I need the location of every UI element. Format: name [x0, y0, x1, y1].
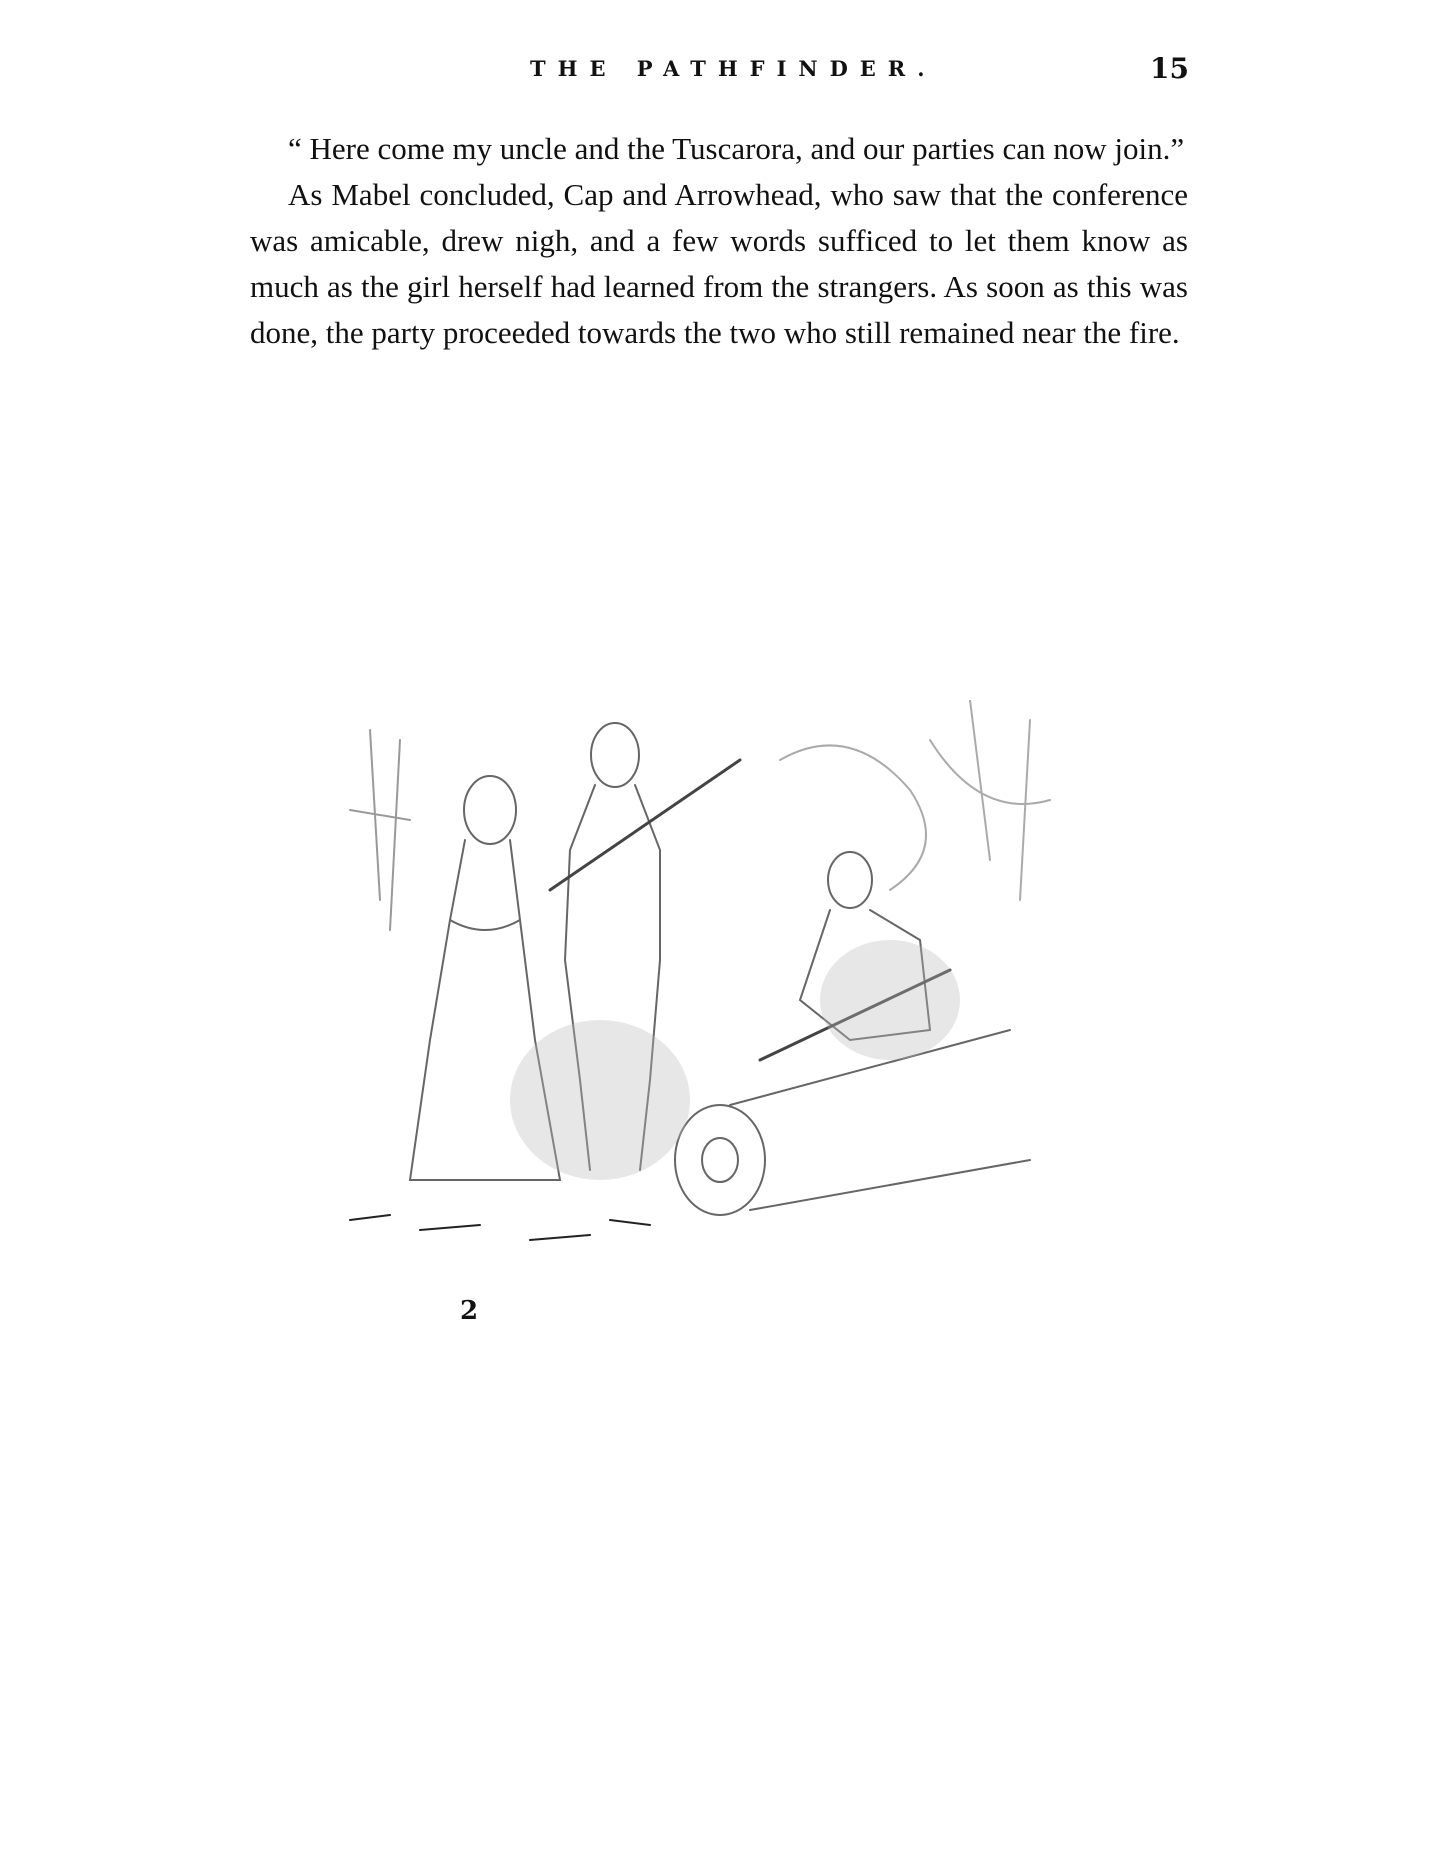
- engraving-illustration: [330, 700, 1110, 1260]
- paragraph-1: “ Here come my uncle and the Tuscarora, …: [250, 126, 1188, 172]
- running-title: THE PATHFINDER.: [530, 56, 937, 81]
- body-text: “ Here come my uncle and the Tuscarora, …: [250, 126, 1188, 356]
- signature-mark: 2: [460, 1296, 478, 1326]
- paragraph-2: As Mabel concluded, Cap and Arrowhead, w…: [250, 172, 1188, 356]
- page-number: 15: [1150, 52, 1189, 85]
